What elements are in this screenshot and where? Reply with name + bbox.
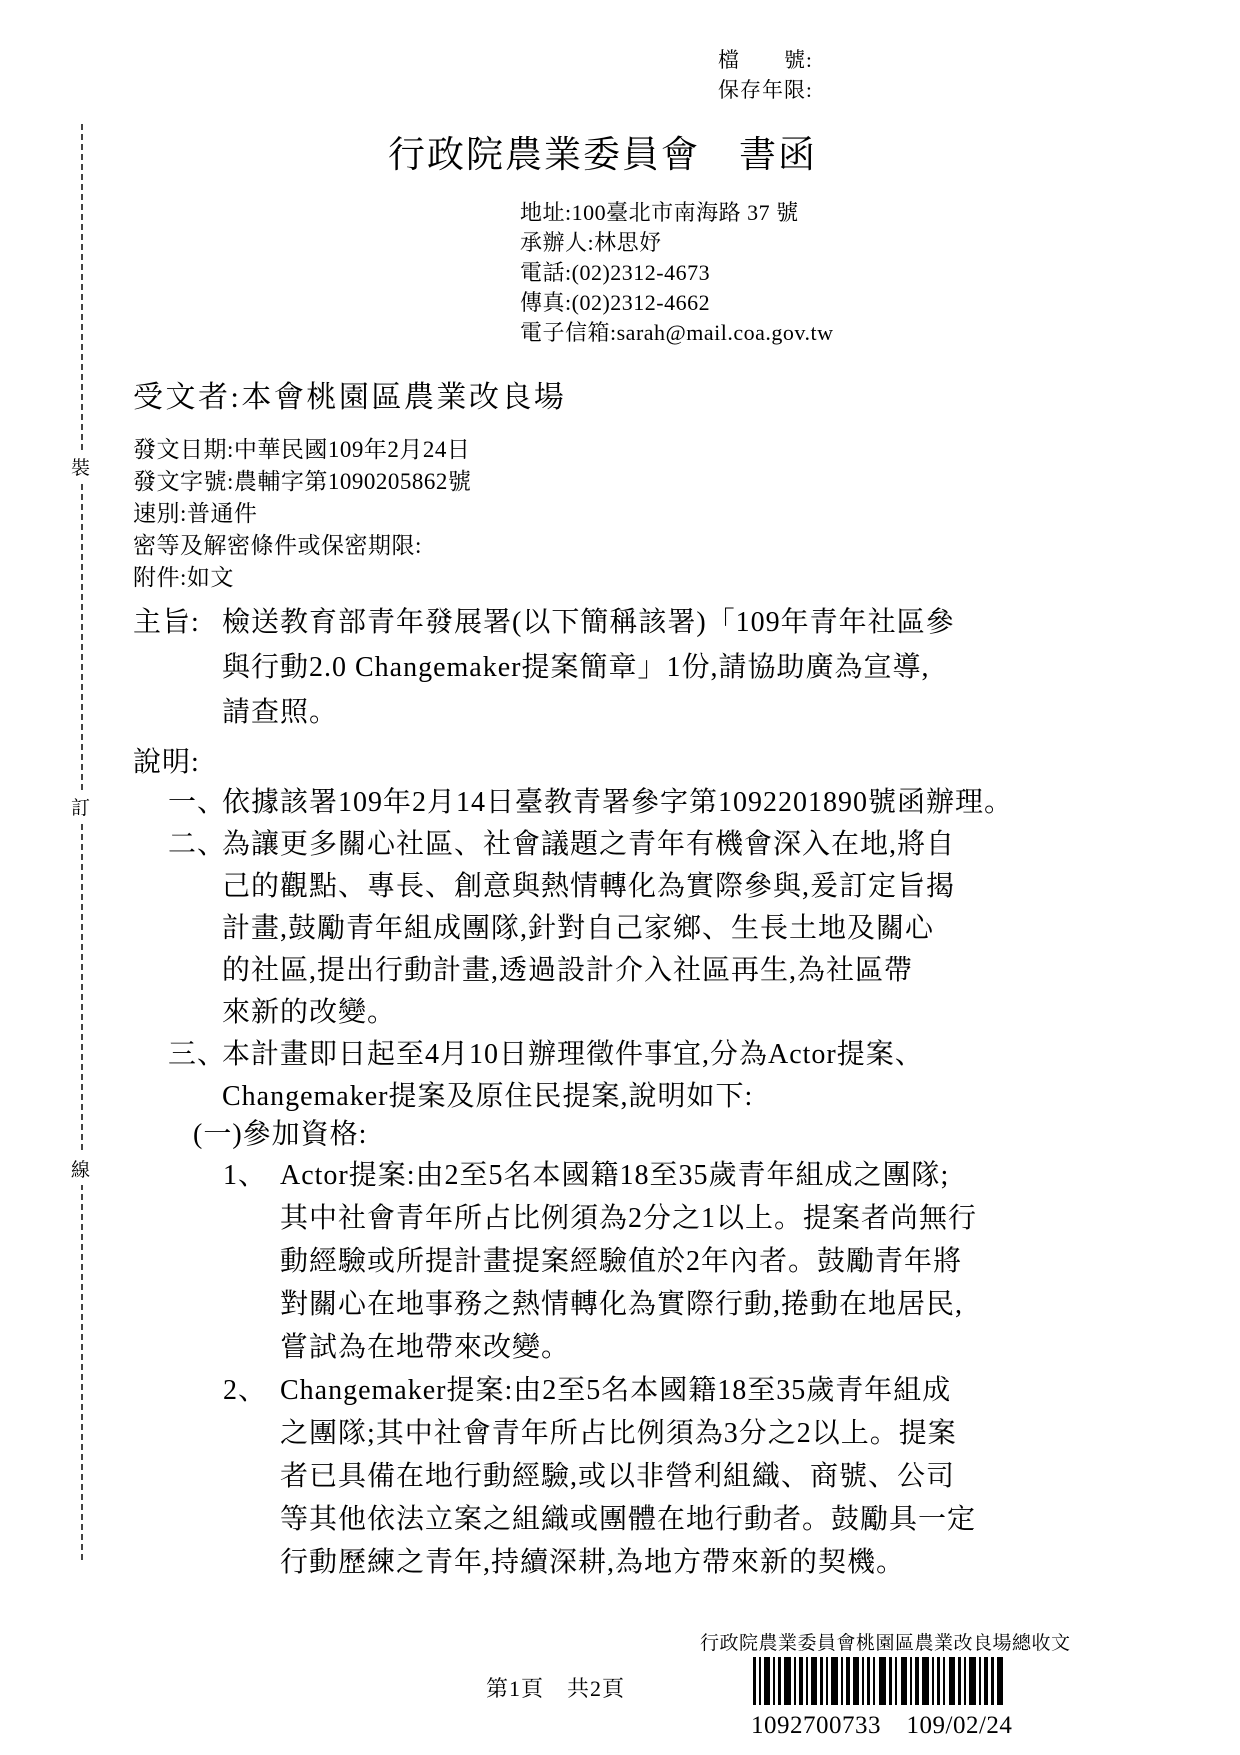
text-line: 依據該署109年2月14日臺教青署參字第1092201890號函辦理。 xyxy=(222,782,1013,824)
item-number: 二、 xyxy=(168,824,222,866)
subject-label: 主旨: xyxy=(133,600,222,645)
sender-email-line: 電子信箱:sarah@mail.coa.gov.tw xyxy=(520,318,834,348)
text-line: 者已具備在地行動經驗,或以非營利組織、商號、公司 xyxy=(280,1455,976,1498)
binding-mark-xian: 線 xyxy=(70,1152,91,1185)
description-label: 說明: xyxy=(133,740,200,780)
description-item-2: 二、 為讓更多關心社區、社會議題之青年有機會深入在地,將自 己的觀點、專長、創意… xyxy=(168,824,955,1034)
recipient-line: 受文者:本會桃園區農業改良場 xyxy=(133,372,566,416)
text-line: 動經驗或所提計畫提案經驗值於2年內者。鼓勵青年將 xyxy=(280,1240,977,1283)
meta-security-line: 密等及解密條件或保密期限: xyxy=(133,530,471,562)
item-number: 一、 xyxy=(168,782,222,824)
sub-item-heading: (一)參加資格: xyxy=(193,1112,367,1152)
text-line: 為讓更多關心社區、社會議題之青年有機會深入在地,將自 xyxy=(222,824,955,866)
archive-header: 檔 號: 保存年限: xyxy=(718,45,813,105)
item-number: 1、 xyxy=(223,1154,280,1197)
text-line: 之團隊;其中社會青年所占比例須為3分之2以上。提案 xyxy=(280,1412,976,1455)
text-line: 對關心在地事務之熱情轉化為實際行動,捲動在地居民, xyxy=(280,1283,977,1326)
sender-contact-line: 承辦人:林思妤 xyxy=(520,228,834,258)
binding-mark-zhuang: 裝 xyxy=(70,450,91,483)
sender-fax-line: 傳真:(02)2312-4662 xyxy=(520,288,834,318)
text-line: 嘗試為在地帶來改變。 xyxy=(280,1326,977,1369)
receiving-stamp-code: 1092700733 109/02/24 xyxy=(751,1705,1012,1741)
meta-priority-line: 速別:普通件 xyxy=(133,498,471,530)
meta-date-line: 發文日期:中華民國109年2月24日 xyxy=(133,434,471,466)
archive-file-label: 檔 號: xyxy=(718,45,813,75)
footer-page-info: 第1頁 共2頁 xyxy=(486,1672,625,1703)
text-line: 本計畫即日起至4月10日辦理徵件事宜,分為Actor提案、 xyxy=(222,1034,924,1076)
document-title: 行政院農業委員會 書函 xyxy=(388,124,817,178)
meta-number-line: 發文字號:農輔字第1090205862號 xyxy=(133,466,471,498)
text-line: 等其他依法立案之組織或團體在地行動者。鼓勵具一定 xyxy=(280,1498,976,1541)
text-line: Changemaker提案:由2至5名本國籍18至35歲青年組成 xyxy=(280,1369,976,1412)
text-line: 己的觀點、專長、創意與熱情轉化為實際參與,爰訂定旨揭 xyxy=(222,866,955,908)
sender-info: 地址:100臺北市南海路 37 號 承辦人:林思妤 電話:(02)2312-46… xyxy=(520,198,834,348)
description-item-1: 一、 依據該署109年2月14日臺教青署參字第1092201890號函辦理。 xyxy=(168,782,1013,824)
text-line: 來新的改變。 xyxy=(222,992,955,1034)
text-line: 計畫,鼓勵青年組成團隊,針對自己家鄉、生長土地及關心 xyxy=(222,908,955,950)
sender-address-line: 地址:100臺北市南海路 37 號 xyxy=(520,198,834,228)
item-number: 三、 xyxy=(168,1034,222,1076)
binding-mark-ding: 訂 xyxy=(70,790,91,823)
numbered-item-1: 1、 Actor提案:由2至5名本國籍18至35歲青年組成之團隊; 其中社會青年… xyxy=(223,1154,977,1369)
binding-dashed-line xyxy=(81,124,83,1560)
doc-meta: 發文日期:中華民國109年2月24日 發文字號:農輔字第1090205862號 … xyxy=(133,434,471,594)
text-line: 行動歷練之青年,持續深耕,為地方帶來新的契機。 xyxy=(280,1541,976,1584)
subject-line: 與行動2.0 Changemaker提案簡章」1份,請協助廣為宣導, xyxy=(222,645,955,690)
receiving-stamp-title: 行政院農業委員會桃園區農業改良場總收文 xyxy=(700,1628,1071,1655)
text-line: Actor提案:由2至5名本國籍18至35歲青年組成之團隊; xyxy=(280,1154,977,1197)
item-number: 2、 xyxy=(223,1369,280,1412)
sender-phone-line: 電話:(02)2312-4673 xyxy=(520,258,834,288)
subject-paragraph: 主旨: 檢送教育部青年發展署(以下簡稱該署)「109年青年社區參 與行動2.0 … xyxy=(133,600,955,735)
numbered-item-2: 2、 Changemaker提案:由2至5名本國籍18至35歲青年組成 之團隊;… xyxy=(223,1369,976,1584)
text-line: 的社區,提出行動計畫,透過設計介入社區再生,為社區帶 xyxy=(222,950,955,992)
document-page: 裝 訂 線 檔 號: 保存年限: 行政院農業委員會 書函 地址:100臺北市南海… xyxy=(0,0,1240,1755)
text-line: 其中社會青年所占比例須為2分之1以上。提案者尚無行 xyxy=(280,1197,977,1240)
meta-attachment-line: 附件:如文 xyxy=(133,562,471,594)
archive-retention-label: 保存年限: xyxy=(718,75,813,105)
description-item-3: 三、 本計畫即日起至4月10日辦理徵件事宜,分為Actor提案、 Changem… xyxy=(168,1034,924,1118)
subject-line: 請查照。 xyxy=(222,690,955,735)
subject-line: 檢送教育部青年發展署(以下簡稱該署)「109年青年社區參 xyxy=(222,600,955,645)
receiving-barcode-image xyxy=(753,1656,1005,1711)
